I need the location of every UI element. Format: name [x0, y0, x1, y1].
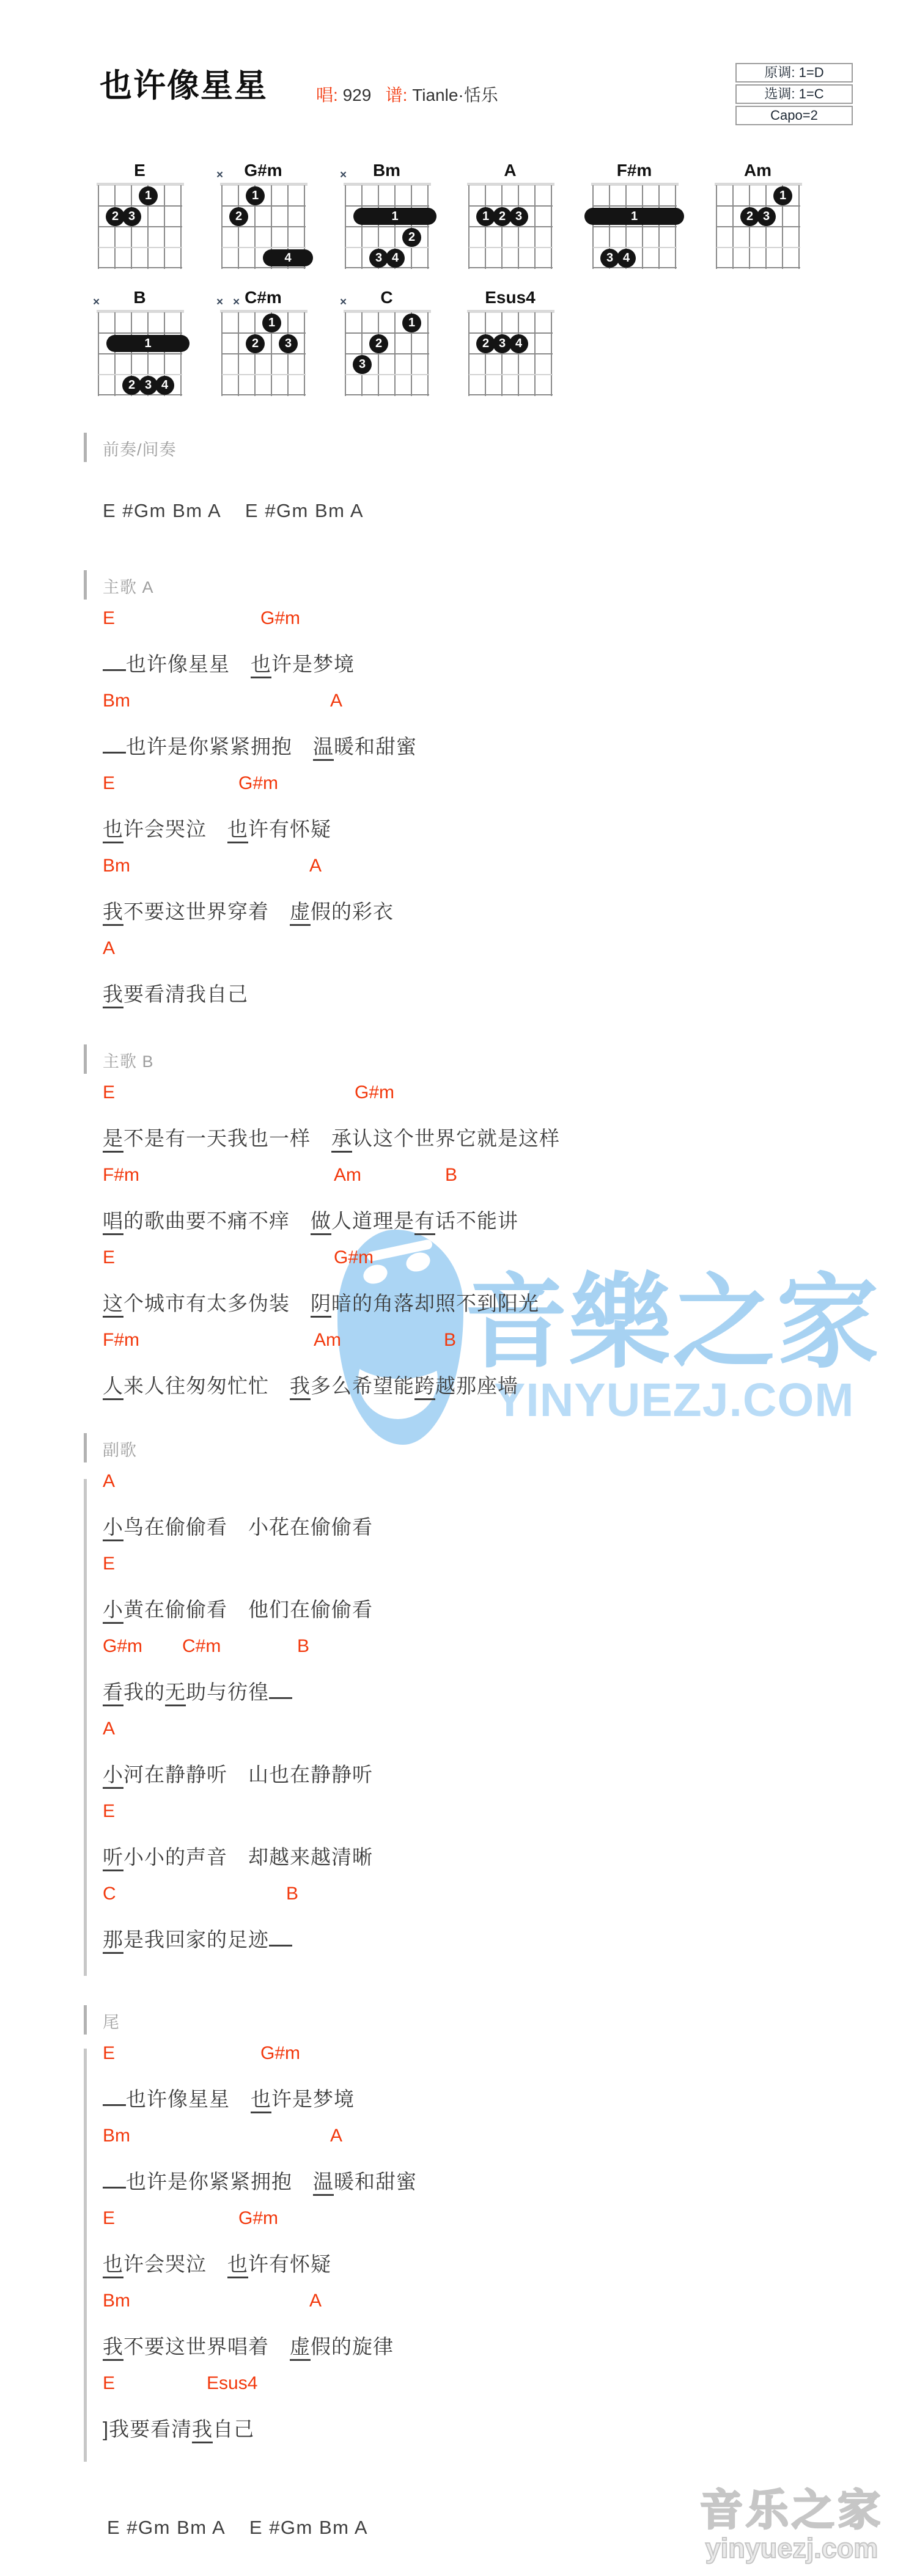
lyric-text: 也许是你紧紧拥抱: [126, 2170, 292, 2193]
original-key: 原调: 1=D: [735, 63, 853, 83]
lyric-text: 是我回家的足迹: [123, 1928, 269, 1951]
meta-gap: [371, 86, 385, 105]
chord-label: Bm: [103, 856, 130, 876]
lyric-underlined: 阴: [311, 1292, 331, 1318]
muted-string-icon: ×: [216, 296, 223, 309]
chord-name: Bm: [345, 161, 428, 180]
chord-label: A: [103, 1471, 115, 1492]
singer: 929: [343, 86, 372, 105]
chord-label: Esus4: [207, 2373, 257, 2394]
fret-line: [222, 332, 306, 334]
lyric-underlined: 无: [165, 1681, 186, 1706]
lyric-line: 小鸟在偷偷看小花在偷偷看: [103, 1511, 373, 1540]
page-title: 也许像星星: [100, 60, 268, 106]
fret-line: [345, 394, 429, 395]
chord-diagram-fsm: F#m134: [593, 185, 676, 268]
lyric-text: 多么希望能: [311, 1374, 414, 1397]
fret-line: [345, 267, 429, 268]
nut-line: [344, 310, 431, 313]
lyric-underlined: 听: [103, 1846, 123, 1871]
chord-line: CB: [103, 1884, 775, 1906]
chord-name: A: [469, 161, 551, 180]
lyric-underlined: 唱: [103, 1209, 123, 1235]
muted-string-icon: ×: [340, 296, 347, 309]
chord-label: A: [309, 856, 322, 876]
lyric-line: 我不要这世界唱着虚假的旋律: [103, 2331, 394, 2360]
chord-label: A: [309, 2291, 322, 2311]
chord-label: E: [103, 2208, 115, 2229]
lyric-underlined: 小: [103, 1516, 123, 1541]
lyric-line: 也许会哭泣也许有怀疑: [103, 2248, 331, 2277]
chord-label: B: [286, 1884, 298, 1904]
lyric-text: 话不能讲: [435, 1209, 518, 1232]
blank-underline: [103, 733, 126, 754]
chord-label: A: [103, 938, 115, 959]
fret-line: [98, 205, 182, 207]
lyric-text: 个城市有太多伪装: [123, 1292, 290, 1315]
fret-line: [345, 226, 429, 227]
chord-label: E: [103, 1247, 115, 1268]
chord-line: EG#m: [103, 2208, 775, 2231]
finger-dot: 2: [246, 334, 265, 353]
barre-finger: 1: [584, 208, 684, 225]
fret-line: [98, 247, 182, 248]
finger-dot: 3: [122, 207, 141, 226]
chord-line: F#mAmB: [103, 1165, 775, 1187]
lyric-text: 要看清我自己: [123, 983, 248, 1005]
chord-name: Esus4: [469, 288, 551, 307]
lyric-text: 小小的声音: [123, 1846, 227, 1868]
song-meta: 唱: 929 谱: Tianle·恬乐: [316, 82, 498, 106]
lyric-underlined: 那: [103, 1928, 123, 1954]
chord-diagram-gsm: G#m×412: [222, 185, 304, 268]
lyric-text: 许会哭泣: [123, 818, 207, 840]
chord-line: BmA: [103, 2126, 775, 2148]
chord-label: C#m: [182, 1636, 221, 1657]
fret-line: [469, 267, 553, 268]
finger-dot: 4: [509, 334, 528, 353]
fret-line: [593, 226, 677, 227]
fret-line: [716, 226, 800, 227]
fret-line: [716, 247, 800, 248]
lyric-text: ]我要看清: [103, 2418, 192, 2440]
lyric-text: 助与彷徨: [186, 1681, 269, 1703]
chord-label: G#m: [238, 2208, 278, 2229]
chord-label: E: [103, 1082, 115, 1103]
fret-line: [222, 267, 306, 268]
lyric-line: 也许像星星也许是梦境: [103, 648, 355, 677]
chord-label: G#m: [334, 1247, 374, 1268]
section-bar-verse-b: [84, 1044, 87, 1074]
blank-underline: [269, 1679, 292, 1699]
lyric-line: ]我要看清我自己: [103, 2413, 254, 2442]
fret-line: [593, 205, 677, 207]
lyric-line: 小黄在偷偷看他们在偷偷看: [103, 1594, 373, 1623]
lyric-underlined: 小: [103, 1598, 123, 1624]
finger-dot: 2: [229, 207, 248, 226]
fret-line: [469, 332, 553, 334]
lyric-text: 河在静静听: [123, 1763, 227, 1786]
chord-line: BmA: [103, 2291, 775, 2313]
chord-label: B: [445, 1165, 457, 1186]
finger-dot: 2: [402, 228, 421, 247]
fret-line: [222, 247, 306, 248]
lyric-line: 我不要这世界穿着虚假的彩衣: [103, 896, 394, 925]
corner-watermark: 音乐之家 yinyuezj.com: [679, 2486, 905, 2563]
lyric-text: 却越来越清晰: [248, 1846, 373, 1868]
lyric-underlined: 跨: [414, 1374, 435, 1400]
chord-diagram-b: B×1234: [98, 312, 181, 395]
chord-diagram-c: C×123: [345, 312, 428, 395]
fret-line: [593, 247, 677, 248]
lyric-text: 假的彩衣: [311, 900, 394, 923]
lyric-underlined: 承: [331, 1127, 352, 1153]
finger-dot: 4: [155, 376, 174, 395]
chord-label: G#m: [238, 773, 278, 794]
fret-line: [469, 247, 553, 248]
finger-dot: 2: [369, 334, 388, 353]
fret-line: [345, 374, 429, 375]
lyric-line: 听小小的声音却越来越清晰: [103, 1841, 373, 1870]
chord-line: A: [103, 938, 775, 961]
finger-dot: 3: [509, 207, 528, 226]
lyric-text: 暖和甜蜜: [334, 735, 417, 758]
final-progression: E #Gm Bm A E #Gm Bm A: [107, 2517, 368, 2539]
fret-line: [469, 226, 553, 227]
lyric-line: 看我的无助与彷徨: [103, 1676, 292, 1705]
corner-watermark-brand: 音乐之家: [679, 2486, 905, 2534]
chord-diagram-e: E123: [98, 185, 181, 268]
lyric-text: 许有怀疑: [248, 818, 331, 840]
chord-label: G#m: [260, 2043, 300, 2064]
fret-line: [98, 332, 182, 334]
section-bar-outro: [84, 2005, 87, 2035]
chord-label: E: [103, 2373, 115, 2394]
nut-line: [715, 183, 802, 186]
lyric-underlined: 这: [103, 1292, 123, 1318]
intro-progression: E #Gm Bm A E #Gm Bm A: [103, 500, 364, 522]
chord-label: Bm: [103, 2291, 130, 2311]
barre-finger: 1: [106, 335, 190, 352]
lyric-underlined: 虚: [290, 900, 311, 926]
fret-line: [469, 353, 553, 354]
blank-underline: [103, 651, 126, 671]
lyric-text: 的歌曲要不痛不痒: [123, 1209, 290, 1232]
finger-dot: 1: [773, 186, 792, 205]
lyric-text: 不是有一天我也一样: [123, 1127, 311, 1150]
muted-string-icon: ×: [233, 296, 240, 309]
lyric-underlined: 小: [103, 1763, 123, 1789]
lyric-underlined: 也: [251, 2088, 271, 2113]
section-bar-chorus: [84, 1433, 87, 1462]
lyric-text: 也许是你紧紧拥抱: [126, 735, 292, 758]
lyric-text: 暖和甜蜜: [334, 2170, 417, 2193]
lyric-text: 也许像星星: [126, 2088, 230, 2110]
nut-line: [467, 183, 554, 186]
section-header-chorus: 副歌: [103, 1437, 137, 1461]
section-bar-intro: [84, 433, 87, 462]
fret-line: [98, 353, 182, 354]
finger-dot: 1: [139, 186, 158, 205]
chord-label: A: [330, 2126, 342, 2146]
chord-line: A: [103, 1471, 775, 1494]
lyric-line: 也许是你紧紧拥抱温暖和甜蜜: [103, 2166, 417, 2195]
key-info-box: 原调: 1=D 选调: 1=C Capo=2: [735, 63, 853, 127]
finger-dot: 3: [279, 334, 298, 353]
chord-label: E: [103, 1801, 115, 1822]
lyric-line: 也许像星星也许是梦境: [103, 2083, 355, 2112]
fret-line: [345, 247, 429, 248]
fret-line: [222, 374, 306, 375]
muted-string-icon: ×: [216, 169, 223, 182]
chord-diagram-bm: Bm×1234: [345, 185, 428, 268]
chord-line: EG#m: [103, 1247, 775, 1270]
chord-line: EG#m: [103, 1082, 775, 1105]
lyric-text: 许是梦境: [271, 2088, 355, 2110]
nut-line: [591, 183, 679, 186]
chord-name: F#m: [593, 161, 676, 180]
lyric-text: 许会哭泣: [123, 2253, 207, 2275]
score-label: 谱:: [386, 86, 408, 105]
fret-line: [345, 353, 429, 354]
chord-label: F#m: [103, 1165, 139, 1186]
finger-dot: 1: [262, 314, 281, 332]
fret-line: [222, 394, 306, 395]
capo-setting: Capo=2: [735, 106, 853, 125]
chord-name: B: [98, 288, 181, 307]
lyric-line: 也许会哭泣也许有怀疑: [103, 813, 331, 842]
lyric-underlined: 是: [103, 1127, 123, 1153]
lyric-underlined: 人: [103, 1374, 123, 1400]
lyric-text: 许有怀疑: [248, 2253, 331, 2275]
chord-label: G#m: [355, 1082, 394, 1103]
fret-line: [469, 394, 553, 395]
finger-dot: 3: [757, 207, 776, 226]
fret-line: [593, 267, 677, 268]
section-rule-outro: [84, 2049, 87, 2462]
section-header-verse-b: 主歌 B: [103, 1048, 154, 1072]
corner-watermark-site: yinyuezj.com: [679, 2534, 905, 2563]
fret-line: [469, 374, 553, 375]
chord-label: Am: [334, 1165, 361, 1186]
lyric-underlined: 也: [103, 818, 123, 843]
section-header-verse-a: 主歌 A: [103, 574, 154, 598]
chord-label: B: [444, 1330, 456, 1351]
blank-underline: [103, 2086, 126, 2106]
chord-label: E: [103, 608, 115, 629]
lyric-underlined: 也: [227, 2253, 248, 2278]
fret-line: [716, 267, 800, 268]
chord-diagram-csm: C#m××123: [222, 312, 304, 395]
chord-label: G#m: [103, 1636, 142, 1657]
lyric-text: 假的旋律: [311, 2335, 394, 2358]
chord-diagram-a: A123: [469, 185, 551, 268]
chord-label: A: [330, 691, 342, 711]
finger-dot: 1: [246, 186, 265, 205]
chord-line: EG#m: [103, 608, 775, 631]
lyric-text: 也许像星星: [126, 653, 230, 675]
muted-string-icon: ×: [340, 169, 347, 182]
fret-line: [98, 226, 182, 227]
chord-label: F#m: [103, 1330, 139, 1351]
lyric-text: 不要这世界穿着: [123, 900, 269, 923]
lyric-line: 那是我回家的足迹: [103, 1924, 292, 1953]
lyric-text: 鸟在偷偷看: [123, 1516, 227, 1538]
lyric-text: 自己: [213, 2418, 254, 2440]
lyric-text: 来人往匆匆忙忙: [123, 1374, 269, 1397]
chord-line: BmA: [103, 691, 775, 713]
nut-line: [97, 310, 184, 313]
watermark-site-text: YINYUEZJ.COM: [494, 1373, 855, 1428]
chord-label: Bm: [103, 2126, 130, 2146]
chord-diagram-am: Am123: [716, 185, 799, 268]
fret-line: [98, 394, 182, 395]
nut-line: [220, 183, 308, 186]
chord-name: Am: [716, 161, 799, 180]
chord-label: A: [103, 1719, 115, 1739]
fret-line: [98, 267, 182, 268]
singer-label: 唱:: [316, 86, 338, 105]
section-header-intro: 前奏/间奏: [103, 436, 177, 460]
lyric-line: 小河在静静听山也在静静听: [103, 1759, 373, 1788]
fret-line: [345, 205, 429, 207]
lyric-underlined: 也: [103, 2253, 123, 2278]
lyric-underlined: 虚: [290, 2335, 311, 2361]
lyric-underlined: 看: [103, 1681, 123, 1706]
chord-line: EEsus4: [103, 2373, 775, 2396]
lyric-text: 越那座墙: [435, 1374, 518, 1397]
barre-finger: 1: [353, 208, 436, 225]
lyric-text: 人道理是: [331, 1209, 414, 1232]
selected-key: 选调: 1=C: [735, 84, 853, 104]
chord-line: BmA: [103, 856, 775, 878]
lyric-line: 也许是你紧紧拥抱温暖和甜蜜: [103, 731, 417, 760]
fret-line: [222, 353, 306, 354]
lyric-underlined: 也: [251, 653, 271, 678]
lyric-text: 我的: [123, 1681, 165, 1703]
lyric-line: 我要看清我自己: [103, 978, 248, 1007]
chord-line: A: [103, 1719, 775, 1741]
nut-line: [97, 183, 184, 186]
lyric-underlined: 做: [311, 1209, 331, 1235]
chord-line: E: [103, 1801, 775, 1824]
finger-dot: 3: [353, 355, 372, 374]
nut-line: [344, 183, 431, 186]
finger-dot: 4: [617, 249, 636, 268]
chord-name: E: [98, 161, 181, 180]
lyric-underlined: 我: [290, 1374, 311, 1400]
finger-dot: 1: [402, 314, 421, 332]
chord-label: Am: [314, 1330, 341, 1351]
fret-line: [222, 226, 306, 227]
chord-label: E: [103, 1554, 115, 1574]
lyric-line: 是不是有一天我也一样承认这个世界它就是这样: [103, 1123, 560, 1151]
lyric-text: 许是梦境: [271, 653, 355, 675]
blank-underline: [103, 2168, 126, 2189]
singer-value: [338, 86, 343, 105]
lyric-underlined: 我: [103, 900, 123, 926]
lyric-text: 他们在偷偷看: [248, 1598, 373, 1621]
lyric-text: 山也在静静听: [248, 1763, 373, 1786]
lyric-text: 暗的角落却照不到阳光: [331, 1292, 539, 1315]
barre-finger: 4: [263, 249, 313, 266]
nut-line: [220, 310, 308, 313]
lyric-line: 唱的歌曲要不痛不痒做人道理是有话不能讲: [103, 1205, 518, 1234]
chord-label: G#m: [260, 608, 300, 629]
section-rule-chorus: [84, 1479, 87, 1976]
chord-line: E: [103, 1554, 775, 1576]
lyric-underlined: 温: [313, 2170, 334, 2196]
section-header-outro: 尾: [103, 2009, 120, 2033]
chord-label: B: [297, 1636, 309, 1657]
chord-line: EG#m: [103, 2043, 775, 2066]
muted-string-icon: ×: [93, 296, 100, 309]
fret-line: [222, 205, 306, 207]
chord-sheet-page: { "header": { "title": "也许像星星", "meta": …: [0, 0, 917, 2576]
chord-line: F#mAmB: [103, 1330, 775, 1352]
chord-name: C: [345, 288, 428, 307]
blank-underline: [269, 1926, 292, 1947]
chord-name: G#m: [222, 161, 304, 180]
lyric-underlined: 有: [414, 1209, 435, 1235]
fret-line: [716, 205, 800, 207]
chord-label: E: [103, 2043, 115, 2064]
lyric-text: 黄在偷偷看: [123, 1598, 227, 1621]
section-bar-verse-a: [84, 570, 87, 600]
chord-label: Bm: [103, 691, 130, 711]
lyric-text: 不要这世界唱着: [123, 2335, 269, 2358]
finger-dot: 4: [386, 249, 405, 268]
lyric-text: 小花在偷偷看: [248, 1516, 373, 1538]
nut-line: [467, 310, 554, 313]
lyric-underlined: 我: [103, 983, 123, 1008]
chord-line: G#mC#mB: [103, 1636, 775, 1659]
chord-line: EG#m: [103, 773, 775, 796]
fret-line: [469, 205, 553, 207]
lyric-underlined: 我: [192, 2418, 213, 2443]
fret-line: [345, 332, 429, 334]
chord-label: C: [103, 1884, 116, 1904]
lyric-text: 认这个世界它就是这样: [352, 1127, 560, 1150]
fret-line: [98, 374, 182, 375]
chord-diagram-esus4: Esus4234: [469, 312, 551, 395]
lyric-line: 人来人往匆匆忙忙我多么希望能跨越那座墙: [103, 1370, 518, 1399]
score-author: Tianle·恬乐: [412, 86, 498, 105]
lyric-underlined: 也: [227, 818, 248, 843]
lyric-line: 这个城市有太多伪装阴暗的角落却照不到阳光: [103, 1288, 539, 1316]
lyric-underlined: 温: [313, 735, 334, 761]
lyric-underlined: 我: [103, 2335, 123, 2361]
chord-label: E: [103, 773, 115, 794]
